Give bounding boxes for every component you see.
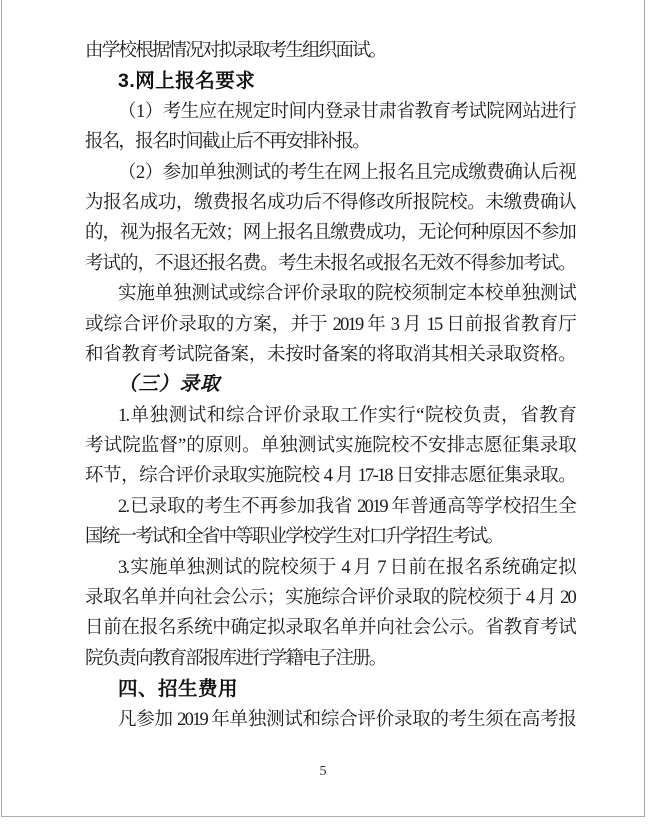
text-line: 考试的，不退还报名费。考生未报名或报名无效不得参加考试。 <box>85 249 575 279</box>
text-line: 日前在报名系统中确定拟录取名单并向社会公示。省教育考试 <box>85 613 575 643</box>
section-heading: 四、招生费用 <box>85 674 575 704</box>
text-line: 的，视为报名无效；网上报名且缴费成功，无论何种原因不参加 <box>85 218 575 248</box>
text-line: 为报名成功，缴费报名成功后不得修改所报院校。未缴费确认 <box>85 188 575 218</box>
section-heading: 3.网上报名要求 <box>85 66 575 96</box>
document-page: 由学校根据情况对拟录取考生组织面试。3.网上报名要求（1）考生应在规定时间内登录… <box>1 0 645 817</box>
text-line: （2）参加单独测试的考生在网上报名且完成缴费确认后视 <box>85 158 575 188</box>
text-line: 报名，报名时间截止后不再安排补报。 <box>85 127 575 157</box>
document-body: 由学校根据情况对拟录取考生组织面试。3.网上报名要求（1）考生应在规定时间内登录… <box>85 36 575 735</box>
text-line: 环节，综合评价录取实施院校 4 月 17-18 日安排志愿征集录取。 <box>85 461 575 491</box>
text-line: 3.实施单独测试的院校须于 4 月 7 日前在报名系统确定拟 <box>85 553 575 583</box>
text-line: （1）考生应在规定时间内登录甘肃省教育考试院网站进行 <box>85 97 575 127</box>
text-line: 实施单独测试或综合评价录取的院校须制定本校单独测试 <box>85 279 575 309</box>
text-line: 或综合评价录取的方案，并于 2019 年 3 月 15 日前报省教育厅 <box>85 310 575 340</box>
text-line: 考试院监督”的原则。单独测试实施院校不安排志愿征集录取 <box>85 431 575 461</box>
text-line: 国统一考试和全省中等职业学校学生对口升学招生考试。 <box>85 522 575 552</box>
section-heading: （三）录取 <box>85 370 575 400</box>
text-line: 1.单独测试和综合评价录取工作实行“院校负责，省教育 <box>85 401 575 431</box>
text-line: 和省教育考试院备案，未按时备案的将取消其相关录取资格。 <box>85 340 575 370</box>
text-line: 录取名单并向社会公示；实施综合评价录取的院校须于 4 月 20 <box>85 583 575 613</box>
text-line: 2.已录取的考生不再参加我省 2019 年普通高等学校招生全 <box>85 492 575 522</box>
text-line: 由学校根据情况对拟录取考生组织面试。 <box>85 36 575 66</box>
page-number: 5 <box>2 764 644 780</box>
text-line: 凡参加 2019 年单独测试和综合评价录取的考生须在高考报 <box>85 705 575 735</box>
text-line: 院负责向教育部报库进行学籍电子注册。 <box>85 644 575 674</box>
